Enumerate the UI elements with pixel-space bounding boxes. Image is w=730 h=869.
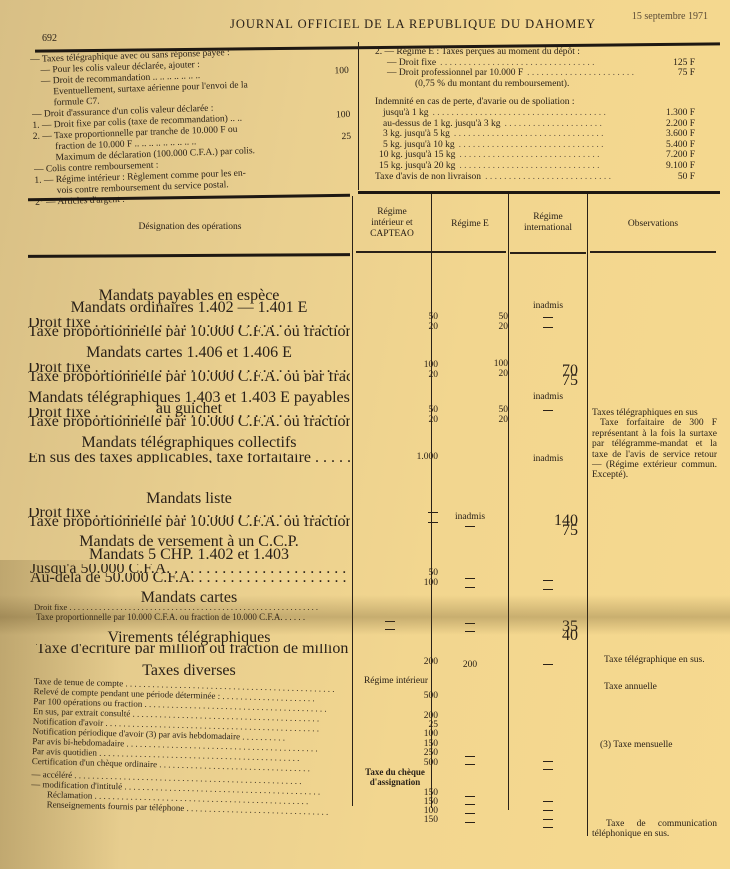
cell-value: 1.000 xyxy=(356,452,438,462)
row-label: Taxe d'écriture par million ou fraction … xyxy=(36,644,350,654)
cell-value: 20 xyxy=(356,322,438,332)
cell-value: 500 xyxy=(356,691,438,701)
cell-value: 50 xyxy=(448,405,508,415)
fee-row: 5 kg. jusqu'à 10 kg. . . . . . . . . . .… xyxy=(375,140,695,151)
cell-value: 75 xyxy=(510,522,578,540)
cell-value: 100 xyxy=(356,578,438,588)
fee-row: jusqu'à 1 kg. . . . . . . . . . . . . . … xyxy=(375,108,695,119)
cell-value: 200 xyxy=(356,657,438,667)
cell-label: Régime intérieur xyxy=(352,676,440,686)
row-label: Taxe proportionnelle par 10.000 C.F.A. o… xyxy=(28,327,350,337)
cell-value: 100 xyxy=(448,359,508,369)
indemnite-title: Indemnité en cas de perte, d'avarie ou d… xyxy=(375,97,695,108)
observation-note: Taxes télégraphiques en sus Taxe forfait… xyxy=(592,408,717,481)
observation-note: (3) Taxe mensuelle xyxy=(592,740,717,750)
header-bottom-rule xyxy=(510,252,586,254)
row-label: En sus des taxes applicables, taxe forfa… xyxy=(28,453,350,463)
page-number: 692 xyxy=(42,33,57,44)
journal-page: 692 JOURNAL OFFICIEL DE LA REPUBLIQUE DU… xyxy=(0,0,730,869)
section-title: Taxes diverses xyxy=(28,665,350,676)
cell-value: inadmis xyxy=(440,512,500,522)
dash-cell xyxy=(510,823,586,833)
page-header: 692 JOURNAL OFFICIEL DE LA REPUBLIQUE DU… xyxy=(30,3,720,43)
cell-value: 20 xyxy=(448,322,508,332)
cell-value: 250 xyxy=(356,748,438,758)
section-title: Mandats ordinaires 1.402 — 1.401 E xyxy=(28,302,350,313)
cell-label: d'assignation xyxy=(352,777,438,787)
section-title: Mandats télégraphiques collectifs xyxy=(28,437,350,448)
observation-note: Taxe de communication téléphonique en su… xyxy=(592,819,717,840)
header-designation: Désignation des opérations xyxy=(30,222,350,233)
fee-row: 10 kg. jusqu'à 15 kg. . . . . . . . . . … xyxy=(375,150,695,161)
section-title: Mandats liste xyxy=(28,493,350,504)
column-divider xyxy=(508,194,509,810)
cell-value: 50 xyxy=(448,312,508,322)
fee-row: 3 kg. jusqu'à 5 kg. . . . . . . . . . . … xyxy=(375,129,695,140)
fee-row: au-dessus de 1 kg. jusqu'à 3 kg. . . . .… xyxy=(375,119,695,130)
regime-e-title: 2. — Régime E : Taxes perçues au moment … xyxy=(375,47,695,58)
cell-value: 150 xyxy=(356,815,438,825)
column-divider xyxy=(352,196,353,806)
section-title: Mandats 5 CHP. 1.402 et 1.403 xyxy=(28,549,350,560)
dash-cell xyxy=(356,508,438,518)
dash-cell xyxy=(440,522,500,532)
dash-cell xyxy=(440,760,500,770)
row-label: Taxe proportionnelle par 10.000 C.F.A. o… xyxy=(28,372,350,382)
section-title: Mandats cartes 1.406 et 1.406 E xyxy=(28,347,350,358)
regime-e-note: (0,75 % du montant du remboursement). xyxy=(375,79,695,90)
table-top-rule xyxy=(358,191,720,194)
dash-cell xyxy=(510,585,586,595)
cell-value: 100 xyxy=(356,729,438,739)
cell-value: 50 xyxy=(356,568,438,578)
row-label: Au-delà de 50.000 C.F.A. . . . . . . . .… xyxy=(30,573,350,583)
journal-title: JOURNAL OFFICIEL DE LA REPUBLIQUE DU DAH… xyxy=(230,17,596,32)
column-divider xyxy=(358,42,359,190)
cell-label: Taxe du chèque xyxy=(352,767,438,777)
taxes-diverses-list: Taxe de tenue de compte . . . . . . . . … xyxy=(31,676,350,817)
header-observations: Observations xyxy=(590,219,716,230)
dash-cell xyxy=(375,625,405,635)
dash-cell xyxy=(356,518,438,528)
header-regime-e: Régime E xyxy=(433,219,507,230)
observation-note: Taxe télégraphique en sus. xyxy=(592,655,717,665)
header-regime-interieur: Régime intérieur et CAPTEAO xyxy=(354,207,430,240)
cell-value: inadmis xyxy=(510,301,586,311)
dash-cell xyxy=(510,660,586,670)
cell-value: inadmis xyxy=(510,454,586,464)
fee-row: — Droit professionnel par 10.000 F. . . … xyxy=(375,68,695,79)
dash-cell xyxy=(510,323,586,333)
cell-value: 100 xyxy=(356,360,438,370)
dash-cell xyxy=(440,818,500,828)
cell-value: 20 xyxy=(448,415,508,425)
row-label: Taxe proportionnelle par 10.000 C.F.A. o… xyxy=(28,417,350,427)
cell-value: 20 xyxy=(448,369,508,379)
cell-value: 50 xyxy=(356,405,438,415)
column-divider xyxy=(587,194,588,836)
row-label: Droit fixe . . . . . . . . . . . . . . .… xyxy=(34,602,350,612)
observation-note: Taxe annuelle xyxy=(592,682,717,692)
fee-row: 15 kg. jusqu'à 20 kg. . . . . . . . . . … xyxy=(375,161,695,172)
dash-cell xyxy=(510,765,586,775)
cell-value: inadmis xyxy=(510,392,586,402)
header-bottom-rule xyxy=(434,251,506,253)
cell-value: 20 xyxy=(356,415,438,425)
cell-value: 50 xyxy=(356,312,438,322)
top-left-block: — Taxes télégraphique avec ou sans répon… xyxy=(30,44,353,209)
cell-value: 20 xyxy=(356,370,438,380)
cell-value: 75 xyxy=(510,372,578,390)
fee-row: — Droit fixe. . . . . . . . . . . . . . … xyxy=(375,58,695,69)
header-bottom-rule xyxy=(28,253,350,258)
header-bottom-rule xyxy=(356,251,436,253)
dash-cell xyxy=(440,627,500,637)
cell-value: 200 xyxy=(440,660,500,670)
dash-cell xyxy=(510,313,586,323)
section-title: Virements télégraphiques xyxy=(28,632,350,643)
header-regime-international: Régime international xyxy=(510,212,586,234)
fee-row: Taxe d'avis de non livraison. . . . . . … xyxy=(375,172,695,183)
cell-value: 40 xyxy=(510,627,578,645)
top-right-block: 2. — Régime E : Taxes perçues au moment … xyxy=(375,47,695,182)
dash-cell xyxy=(510,406,586,416)
row-label: Taxe proportionnelle par 10.000 C.F.A. o… xyxy=(28,517,350,527)
header-bottom-rule xyxy=(590,251,716,253)
dash-cell xyxy=(440,583,500,593)
row-label: Taxe proportionnelle par 10.000 C.F.A. o… xyxy=(36,612,350,622)
issue-date: 15 septembre 1971 xyxy=(632,11,708,22)
